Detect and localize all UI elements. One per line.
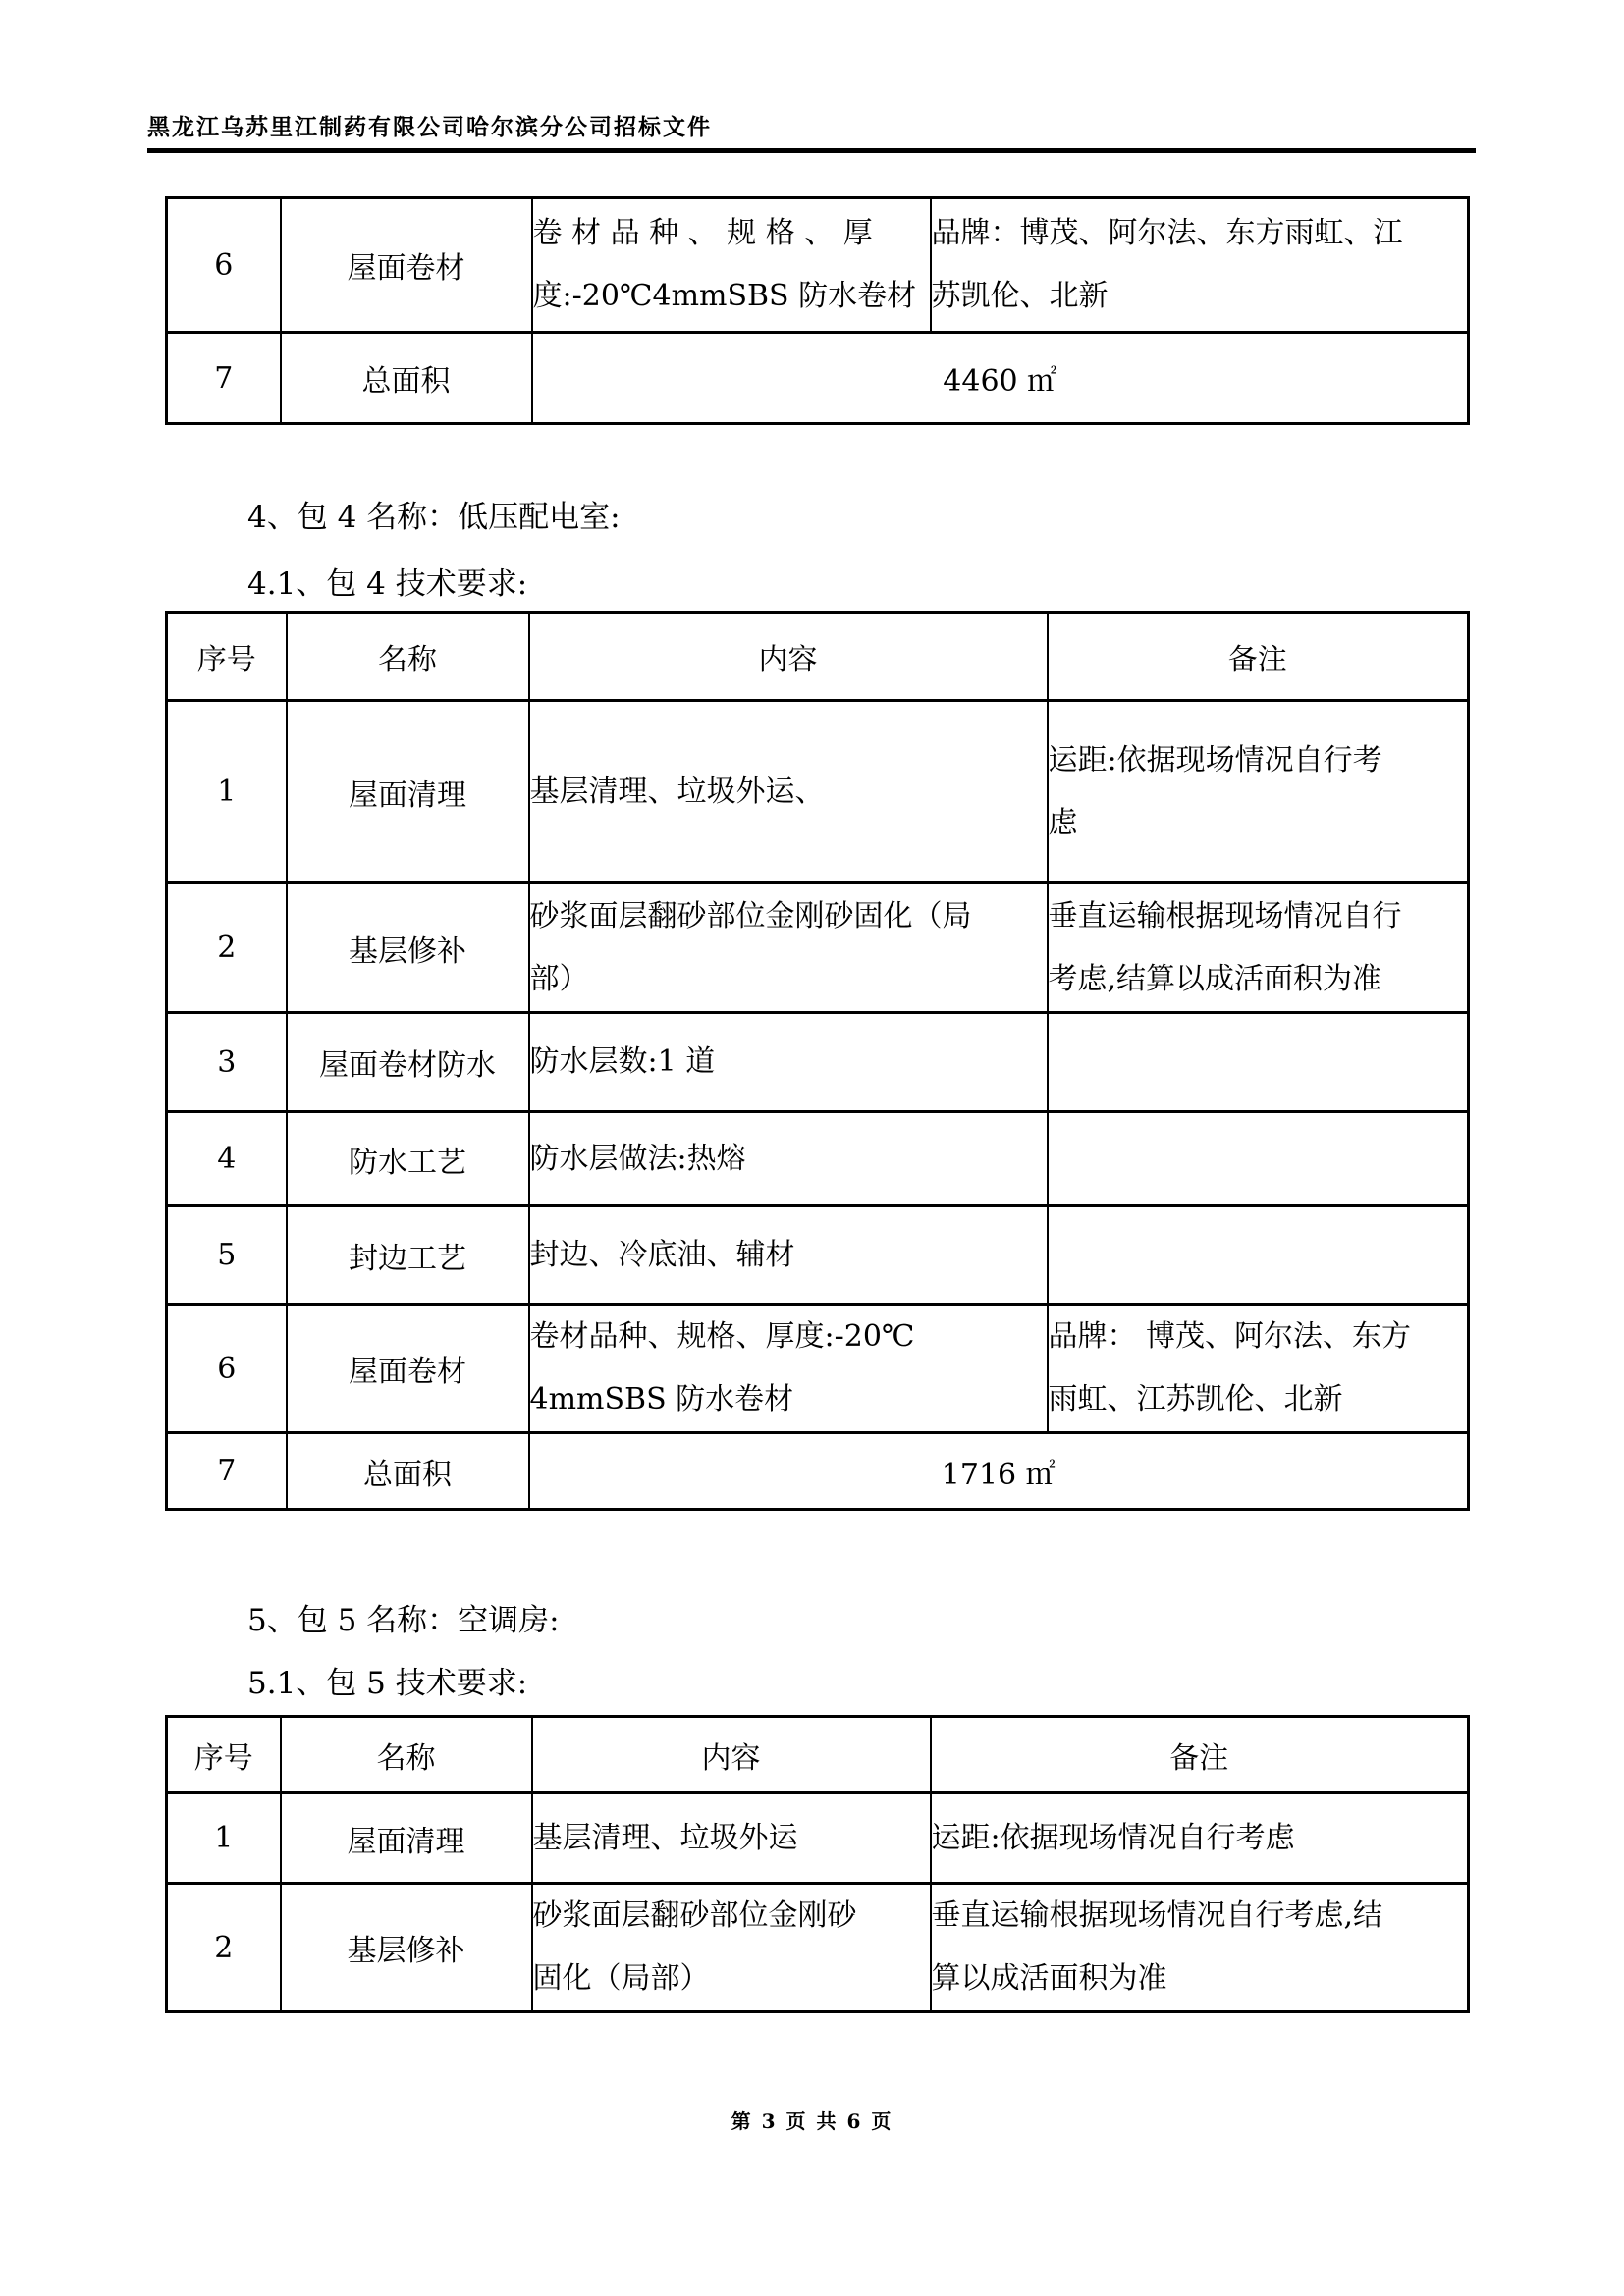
- package5-requirements-table: 序号 名称 内容 备注 1 屋面清理 基层清理、垃圾外运 运距:依据现场情况自行…: [165, 1715, 1470, 2013]
- package3-table-continued: 6 屋面卷材 卷 材 品 种 、 规 格 、 厚 度:-20℃4mmSBS 防水…: [165, 196, 1470, 425]
- cell-name: 屋面卷材防水: [287, 1013, 529, 1112]
- cell-total-area: 4460 ㎡: [532, 333, 1469, 424]
- package4-requirements-table: 序号 名称 内容 备注 1 屋面清理 基层清理、垃圾外运、 运距:依据现场情况自…: [165, 611, 1470, 1511]
- table-row: 2 基层修补 砂浆面层翻砂部位金刚砂固化（局 部） 垂直运输根据现场情况自行 考…: [167, 883, 1469, 1013]
- table-row: 1 屋面清理 基层清理、垃圾外运 运距:依据现场情况自行考虑: [167, 1793, 1469, 1884]
- cell-note: 运距:依据现场情况自行考虑: [931, 1793, 1469, 1884]
- cell-name: 屋面清理: [281, 1793, 532, 1884]
- section4-subtitle: 4.1、包 4 技术要求:: [247, 566, 527, 602]
- cell-total-area: 1716 ㎡: [529, 1433, 1469, 1510]
- cell-seq: 1: [167, 1793, 281, 1884]
- cell-seq: 2: [167, 883, 287, 1013]
- table-row: 7 总面积 1716 ㎡: [167, 1433, 1469, 1510]
- header-note: 备注: [931, 1717, 1469, 1793]
- cell-note: [1048, 1013, 1469, 1112]
- cell-content: 防水层做法:热熔: [529, 1112, 1048, 1206]
- cell-content: 砂浆面层翻砂部位金刚砂 固化（局部）: [532, 1884, 931, 2012]
- cell-seq: 3: [167, 1013, 287, 1112]
- header-name: 名称: [281, 1717, 532, 1793]
- cell-note: [1048, 1112, 1469, 1206]
- cell-name: 屋面卷材: [281, 198, 532, 333]
- cell-content: 基层清理、垃圾外运: [532, 1793, 931, 1884]
- table-row: 2 基层修补 砂浆面层翻砂部位金刚砂 固化（局部） 垂直运输根据现场情况自行考虑…: [167, 1884, 1469, 2012]
- cell-note: 运距:依据现场情况自行考 虑: [1048, 701, 1469, 883]
- cell-seq: 5: [167, 1206, 287, 1305]
- table-header-row: 序号 名称 内容 备注: [167, 613, 1469, 701]
- cell-content: 卷材品种、规格、厚度:-20℃ 4mmSBS 防水卷材: [529, 1305, 1048, 1433]
- cell-seq: 7: [167, 1433, 287, 1510]
- tender-document-page: 黑龙江乌苏里江制药有限公司哈尔滨分公司招标文件 6 屋面卷材 卷 材 品 种 、…: [0, 0, 1624, 2296]
- cell-name: 基层修补: [281, 1884, 532, 2012]
- table-row: 4 防水工艺 防水层做法:热熔: [167, 1112, 1469, 1206]
- header-seq: 序号: [167, 613, 287, 701]
- header-name: 名称: [287, 613, 529, 701]
- cell-content: 防水层数:1 道: [529, 1013, 1048, 1112]
- table-row: 5 封边工艺 封边、冷底油、辅材: [167, 1206, 1469, 1305]
- table-row: 1 屋面清理 基层清理、垃圾外运、 运距:依据现场情况自行考 虑: [167, 701, 1469, 883]
- cell-name: 屋面清理: [287, 701, 529, 883]
- cell-content: 基层清理、垃圾外运、: [529, 701, 1048, 883]
- cell-name: 总面积: [281, 333, 532, 424]
- table-header-row: 序号 名称 内容 备注: [167, 1717, 1469, 1793]
- table-row: 7 总面积 4460 ㎡: [167, 333, 1469, 424]
- header-content: 内容: [532, 1717, 931, 1793]
- cell-note: 品牌： 博茂、阿尔法、东方 雨虹、江苏凯伦、北新: [1048, 1305, 1469, 1433]
- table-row: 6 屋面卷材 卷 材 品 种 、 规 格 、 厚 度:-20℃4mmSBS 防水…: [167, 198, 1469, 333]
- cell-note: [1048, 1206, 1469, 1305]
- header-seq: 序号: [167, 1717, 281, 1793]
- cell-seq: 7: [167, 333, 281, 424]
- table-row: 3 屋面卷材防水 防水层数:1 道: [167, 1013, 1469, 1112]
- cell-name: 防水工艺: [287, 1112, 529, 1206]
- cell-seq: 6: [167, 198, 281, 333]
- cell-name: 封边工艺: [287, 1206, 529, 1305]
- section4-title: 4、包 4 名称：低压配电室:: [247, 500, 621, 535]
- header-content: 内容: [529, 613, 1048, 701]
- section5-title: 5、包 5 名称：空调房:: [247, 1603, 560, 1638]
- cell-name: 总面积: [287, 1433, 529, 1510]
- cell-name: 屋面卷材: [287, 1305, 529, 1433]
- cell-seq: 4: [167, 1112, 287, 1206]
- page-header-title: 黑龙江乌苏里江制药有限公司哈尔滨分公司招标文件: [147, 114, 1476, 153]
- cell-seq: 1: [167, 701, 287, 883]
- section5-subtitle: 5.1、包 5 技术要求:: [247, 1666, 527, 1701]
- cell-content: 卷 材 品 种 、 规 格 、 厚 度:-20℃4mmSBS 防水卷材: [532, 198, 931, 333]
- cell-note: 垂直运输根据现场情况自行考虑,结 算以成活面积为准: [931, 1884, 1469, 2012]
- table-row: 6 屋面卷材 卷材品种、规格、厚度:-20℃ 4mmSBS 防水卷材 品牌： 博…: [167, 1305, 1469, 1433]
- cell-content: 封边、冷底油、辅材: [529, 1206, 1048, 1305]
- cell-content: 砂浆面层翻砂部位金刚砂固化（局 部）: [529, 883, 1048, 1013]
- cell-seq: 6: [167, 1305, 287, 1433]
- cell-note: 品牌：博茂、阿尔法、东方雨虹、江 苏凯伦、北新: [931, 198, 1469, 333]
- cell-seq: 2: [167, 1884, 281, 2012]
- cell-note: 垂直运输根据现场情况自行 考虑,结算以成活面积为准: [1048, 883, 1469, 1013]
- cell-name: 基层修补: [287, 883, 529, 1013]
- header-note: 备注: [1048, 613, 1469, 701]
- page-number: 第 3 页 共 6 页: [0, 2106, 1624, 2134]
